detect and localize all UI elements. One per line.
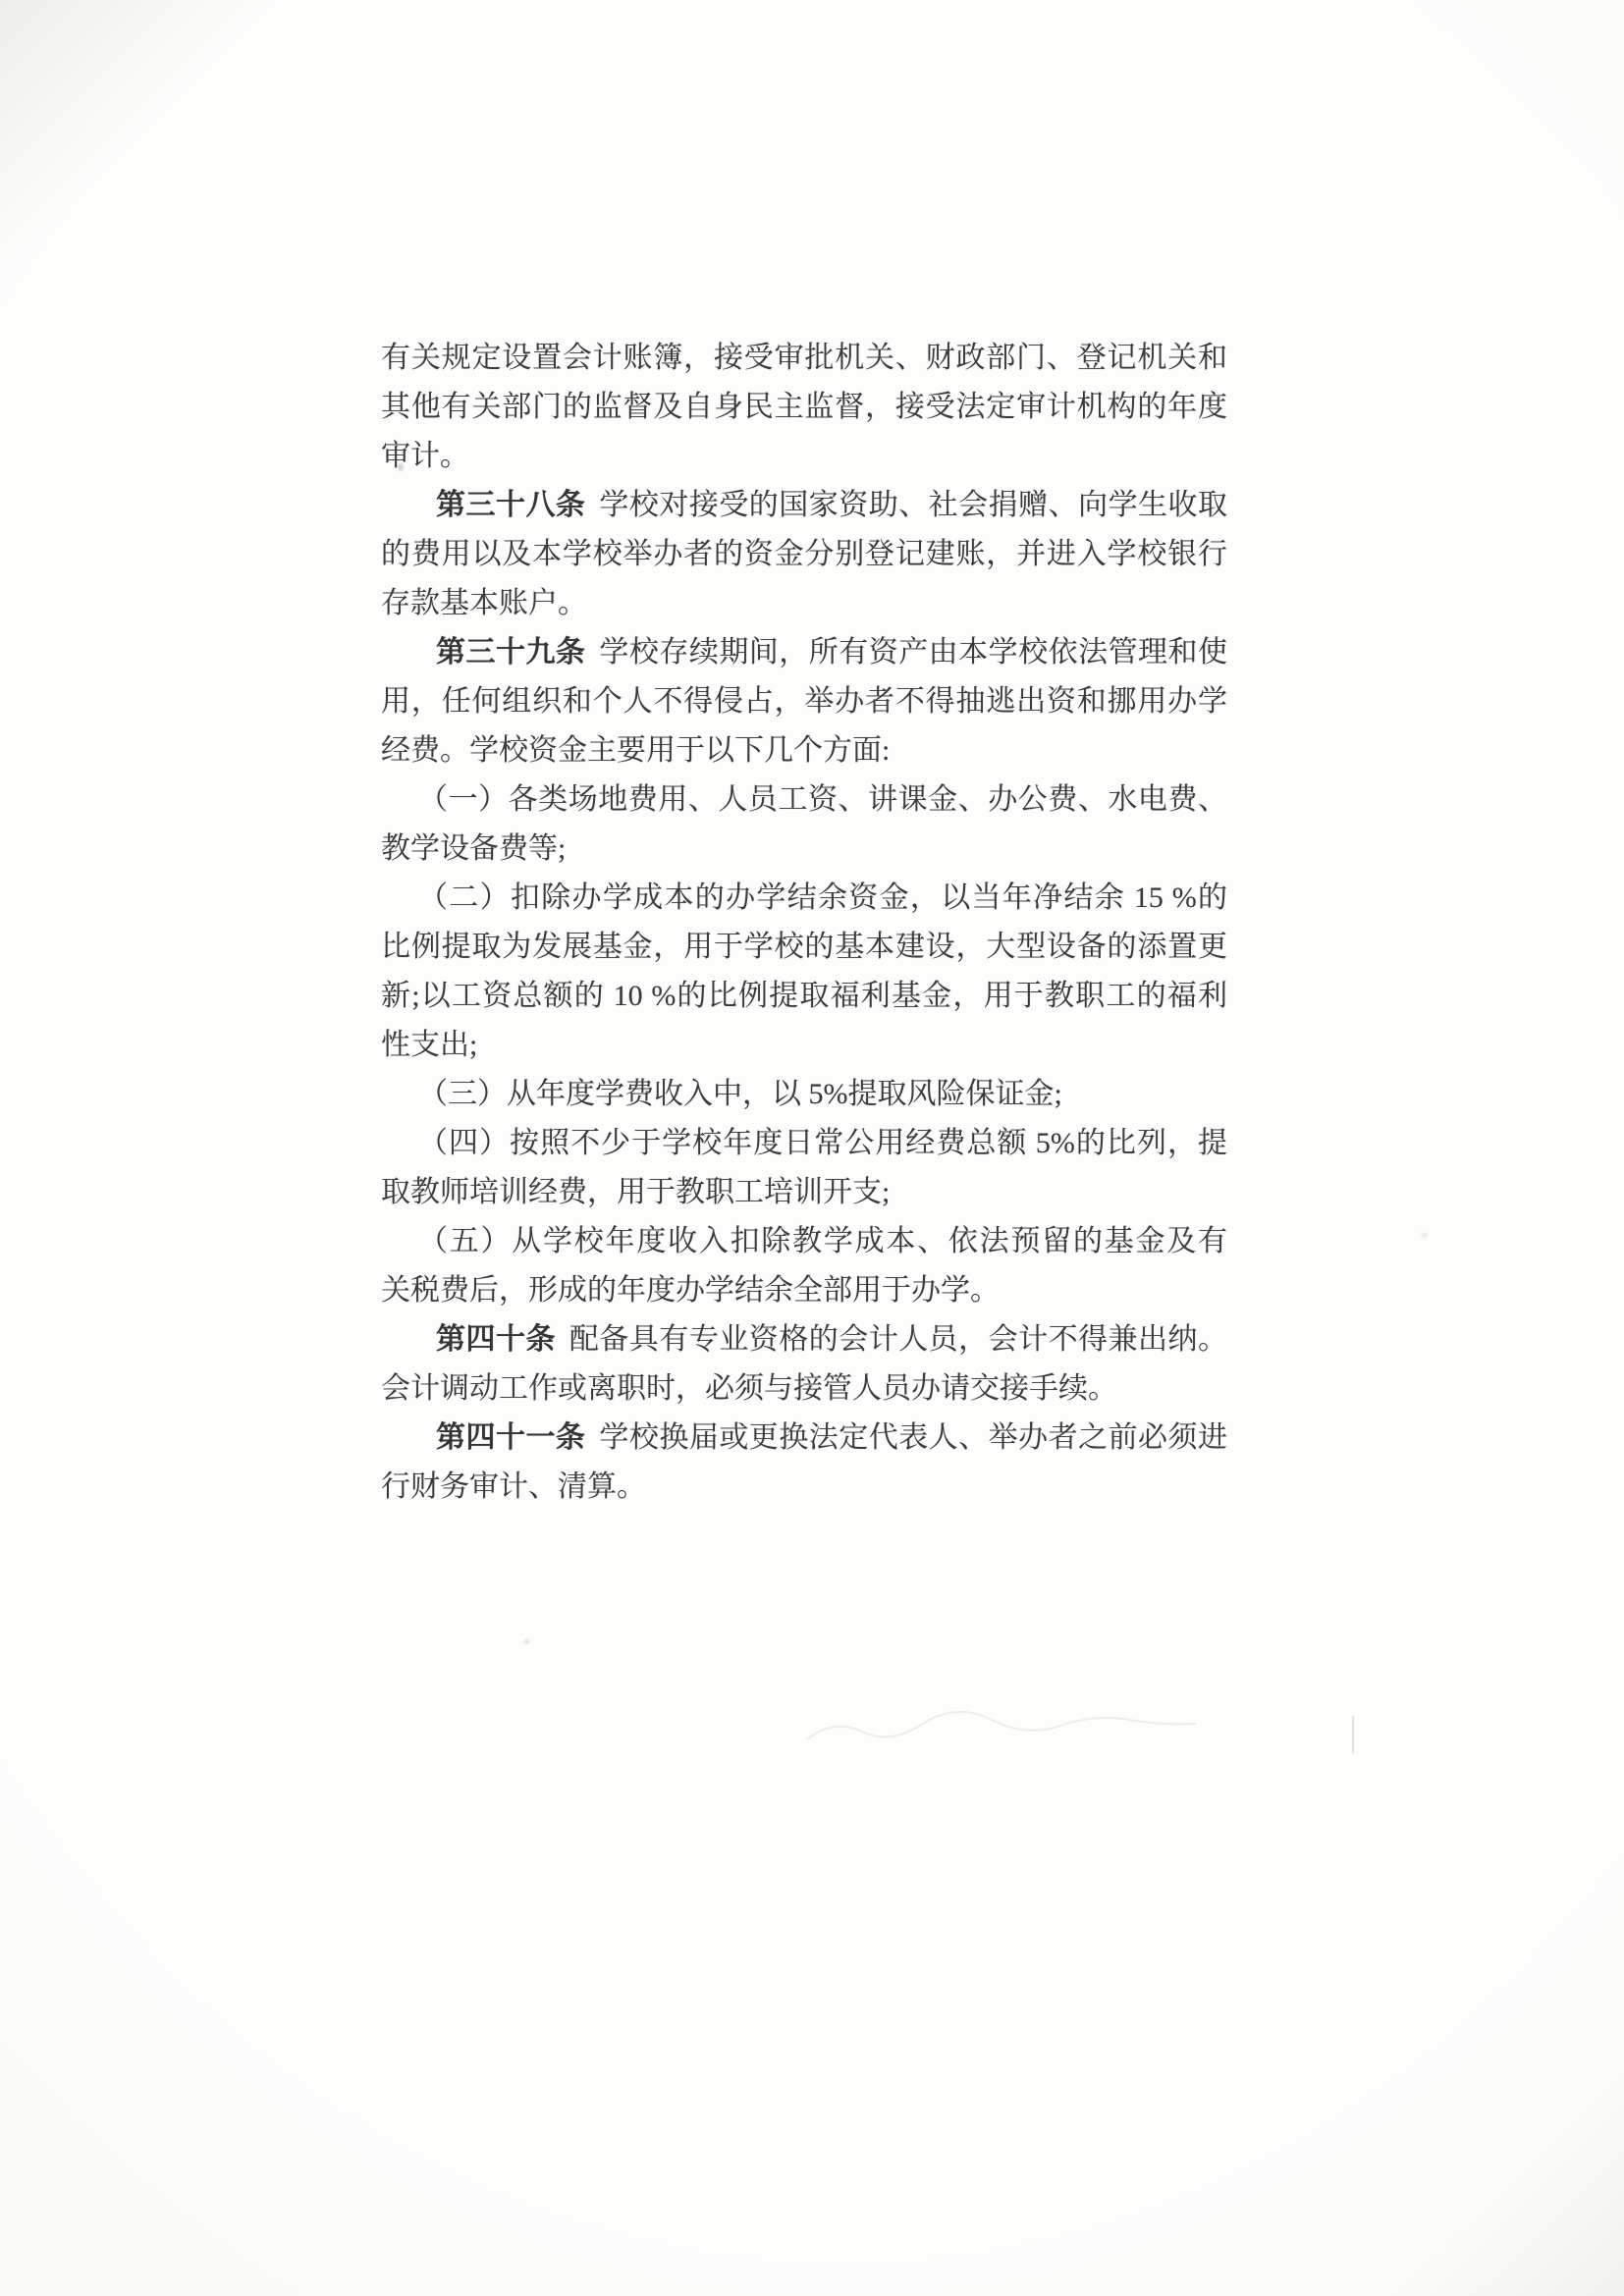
text-line: （五）从学校年度收入扣除教学成本、依法预留的基金及有 [381, 1217, 1227, 1266]
scanned-document-page: { "page": { "kind": "scanned paper docum… [0, 0, 1624, 2296]
text-line: 存款基本账户。 [381, 579, 1227, 628]
text-line: 教学设备费等; [381, 825, 1227, 874]
text-line: （三）从年度学费收入中，以 5%提取风险保证金; [381, 1070, 1227, 1119]
text-line: 第三十九条学校存续期间，所有资产由本学校依法管理和使 [381, 628, 1227, 677]
text-line: 新;以工资总额的 10 %的比例提取福利基金，用于教职工的福利 [381, 972, 1227, 1021]
document-text: 有关规定设置会计账簿，接受审批机关、财政部门、登记机关和其他有关部门的监督及自身… [381, 334, 1227, 1512]
text-line: 性支出; [381, 1021, 1227, 1070]
text-line: 的费用以及本学校举办者的资金分别登记建账，并进入学校银行 [381, 530, 1227, 579]
article-body-text: 配备具有专业资格的会计人员，会计不得兼出纳。 [569, 1323, 1227, 1356]
text-line: （四）按照不少于学校年度日常公用经费总额 5%的比列，提 [381, 1119, 1227, 1168]
text-line: 审计。 [381, 432, 1227, 481]
article-body-text: 学校对接受的国家资助、社会捐赠、向学生收取 [599, 489, 1227, 521]
text-line: 会计调动工作或离职时，必须与接管人员办请交接手续。 [381, 1364, 1227, 1414]
text-line: 取教师培训经费，用于教职工培训开支; [381, 1168, 1227, 1217]
text-line: 用，任何组织和个人不得侵占，举办者不得抽逃出资和挪用办学 [381, 677, 1227, 726]
text-line: 第四十一条学校换届或更换法定代表人、举办者之前必须进 [381, 1414, 1227, 1463]
pencil-scratch-mark [805, 1710, 1198, 1749]
article-number: 第四十一条 [436, 1421, 585, 1454]
article-body-text: 学校换届或更换法定代表人、举办者之前必须进 [599, 1421, 1227, 1454]
text-line: （一）各类场地费用、人员工资、讲课金、办公费、水电费、 [381, 775, 1227, 825]
article-number: 第三十八条 [436, 489, 585, 521]
text-line: 行财务审计、清算。 [381, 1463, 1227, 1512]
scan-speck [524, 1639, 529, 1644]
text-line: 第三十八条学校对接受的国家资助、社会捐赠、向学生收取 [381, 481, 1227, 530]
text-line: 有关规定设置会计账簿，接受审批机关、财政部门、登记机关和 [381, 334, 1227, 383]
text-line: 比例提取为发展基金，用于学校的基本建设，大型设备的添置更 [381, 923, 1227, 972]
scan-speck [1421, 1233, 1428, 1238]
text-line: 其他有关部门的监督及自身民主监督，接受法定审计机构的年度 [381, 383, 1227, 432]
text-line: 经费。学校资金主要用于以下几个方面: [381, 726, 1227, 775]
text-line: （二）扣除办学成本的办学结余资金，以当年净结余 15 %的 [381, 874, 1227, 923]
article-body-text: 学校存续期间，所有资产由本学校依法管理和使 [599, 636, 1227, 668]
scan-line-artifact [1352, 1716, 1354, 1753]
article-number: 第四十条 [436, 1323, 556, 1356]
text-line: 关税费后，形成的年度办学结余全部用于办学。 [381, 1266, 1227, 1315]
article-number: 第三十九条 [436, 636, 585, 668]
text-line: 第四十条配备具有专业资格的会计人员，会计不得兼出纳。 [381, 1315, 1227, 1364]
